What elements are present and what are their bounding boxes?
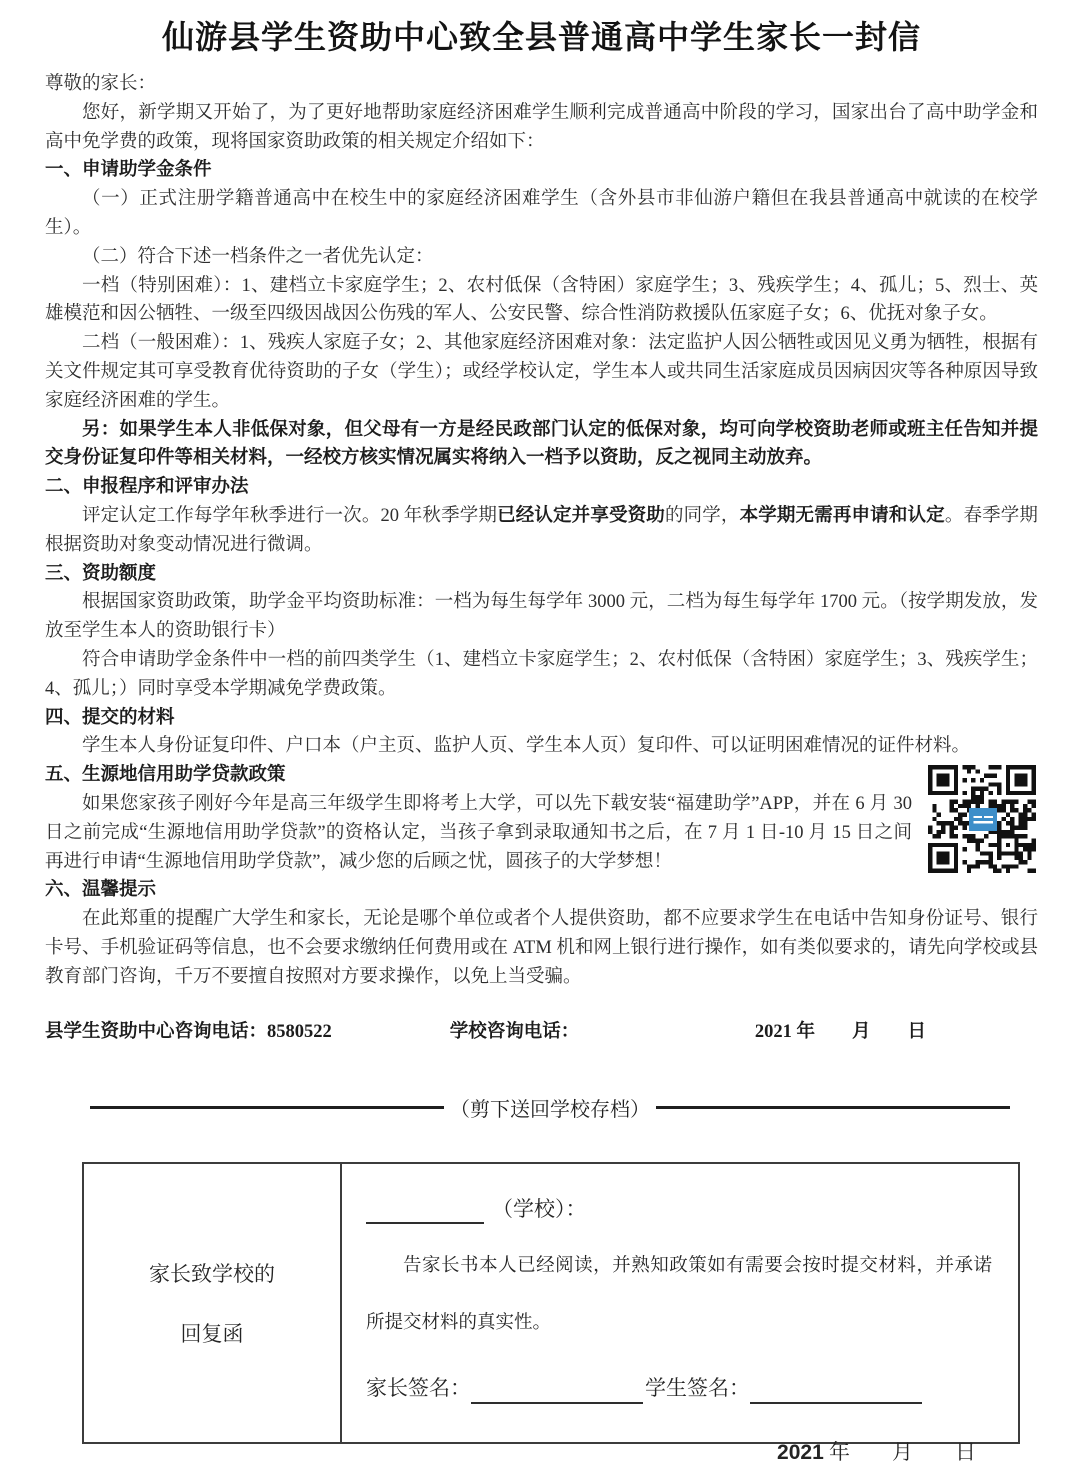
section-6-heading: 六、温馨提示 [45, 876, 1038, 905]
section-3-paragraph-1: 根据国家资助政策，助学金平均资助标准：一档为每生每学年 3000 元，二档为每生… [45, 588, 1038, 646]
cut-line-rule-right [656, 1106, 1010, 1109]
reply-form-row-title-line1: 家长致学校的 [149, 1258, 275, 1288]
section-2-paragraph: 评定认定工作每学年秋季进行一次。20 年秋季学期已经认定并享受资助的同学，本学期… [45, 502, 1038, 560]
qr-code [926, 763, 1038, 875]
section-2-run-1: 评定认定工作每学年秋季进行一次。20 年秋季学期 [82, 506, 497, 526]
parent-sign-label: 家长签名： [366, 1376, 471, 1400]
section-2-run-2: 已经认定并享受资助 [497, 506, 665, 526]
page-title: 仙游县学生资助中心致全县普通高中学生家长一封信 [45, 12, 1038, 58]
section-1-paragraph-2: （二）符合下述一档条件之一者优先认定： [45, 243, 1038, 272]
section-5-paragraph-1: 如果您家孩子刚好今年是高三年级学生即将考上大学，可以先下载安装“福建助学”APP… [45, 790, 1038, 876]
school-name-line: （学校）： [366, 1194, 992, 1224]
section-4-heading: 四、提交的材料 [45, 704, 1038, 733]
section-2-run-4: 本学期无需再申请和认定 [740, 506, 945, 526]
section-3-paragraph-2: 符合申请助学金条件中一档的前四类学生（1、建档立卡家庭学生；2、农村低保（含特困… [45, 646, 1038, 704]
section-1-note: 另：如果学生本人非低保对象，但父母有一方是经民政部门认定的低保对象，均可向学校资… [45, 416, 1038, 474]
reply-form-row-title: 家长致学校的 回复函 [84, 1164, 342, 1442]
center-phone: 县学生资助中心咨询电话：8580522 [45, 1018, 332, 1047]
reply-form-date: 2021 年 月 日 [366, 1436, 992, 1466]
section-1-paragraph-3: 一档（特别困难）：1、建档立卡家庭学生；2、农村低保（含特困）家庭学生；3、残疾… [45, 272, 1038, 330]
cut-line-label: （剪下送回学校存档） [444, 1093, 656, 1122]
section-1-paragraph-4: 二档（一般困难）：1、残疾人家庭子女；2、其他家庭经济困难对象：法定监护人因公牺… [45, 329, 1038, 415]
student-sign-blank [750, 1379, 922, 1403]
school-phone-label: 学校咨询电话： [450, 1018, 580, 1047]
signature-line: 家长签名：学生签名： [366, 1372, 992, 1404]
reply-form-row-title-line2: 回复函 [181, 1318, 244, 1348]
contact-date: 2021 年 月 日 [755, 1018, 926, 1047]
reply-form-content: （学校）： 告家长书本人已经阅读，并熟知政策如有需要会按时提交材料，并承诺所提交… [342, 1164, 1018, 1442]
center-phone-label: 县学生资助中心咨询电话： [45, 1022, 267, 1042]
section-1-paragraph-1: （一）正式注册学籍普通高中在校生中的家庭经济困难学生（含外县市非仙游户籍但在我县… [45, 185, 1038, 243]
school-name-blank [366, 1199, 484, 1223]
center-phone-number: 8580522 [267, 1022, 332, 1042]
cut-line: （剪下送回学校存档） [90, 1093, 1010, 1122]
salutation: 尊敬的家长： [45, 70, 1038, 99]
section-4-paragraph-1: 学生本人身份证复印件、户口本（户主页、监护人页、学生本人页）复印件、可以证明困难… [45, 732, 1038, 761]
intro-paragraph: 您好，新学期又开始了，为了更好地帮助家庭经济困难学生顺利完成普通高中阶段的学习，… [45, 99, 1038, 157]
student-sign-label: 学生签名： [645, 1376, 750, 1400]
section-3-heading: 三、资助额度 [45, 560, 1038, 589]
section-5: 五、生源地信用助学贷款政策 如果您家孩子刚好今年是高三年级学生即将考上大学，可以… [45, 761, 1038, 876]
document-page: 仙游县学生资助中心致全县普通高中学生家长一封信 尊敬的家长： 您好，新学期又开始… [0, 0, 1080, 1444]
reply-form-body: 告家长书本人已经阅读，并熟知政策如有需要会按时提交材料，并承诺所提交材料的真实性… [366, 1238, 992, 1352]
reply-form-date-suffix: 年 月 日 [824, 1440, 976, 1464]
section-1-heading: 一、申请助学金条件 [45, 156, 1038, 185]
parent-sign-blank [471, 1379, 643, 1403]
section-6-paragraph-1: 在此郑重的提醒广大学生和家长，无论是哪个单位或者个人提供资助，都不应要求学生在电… [45, 905, 1038, 991]
school-suffix: （学校）： [492, 1197, 587, 1221]
section-2-heading: 二、申报程序和评审办法 [45, 473, 1038, 502]
section-2-run-3: 的同学， [665, 506, 740, 526]
reply-form-table: 家长致学校的 回复函 （学校）： 告家长书本人已经阅读，并熟知政策如有需要会按时… [82, 1162, 1020, 1444]
contact-line: 县学生资助中心咨询电话：8580522 学校咨询电话： 2021 年 月 日 [45, 1018, 1038, 1047]
reply-form-date-year: 2021 [777, 1441, 824, 1464]
cut-line-rule-left [90, 1106, 444, 1109]
section-5-heading: 五、生源地信用助学贷款政策 [45, 761, 1038, 790]
